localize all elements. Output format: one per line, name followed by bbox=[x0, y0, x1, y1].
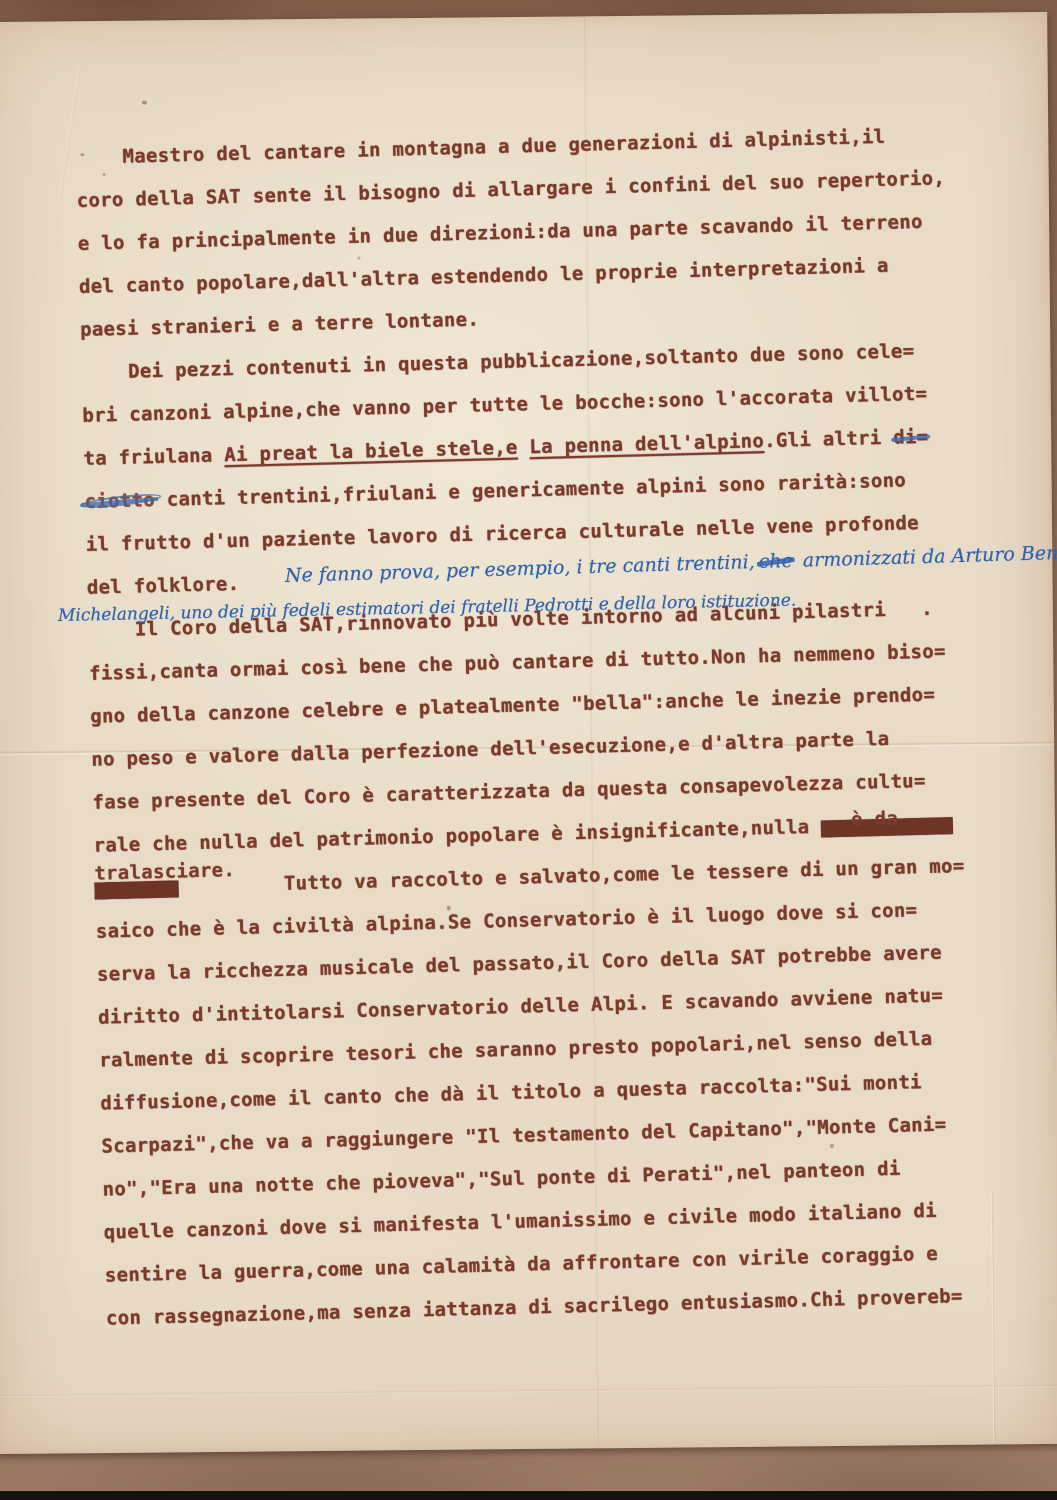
underlined-song-title: Ai preat la biele stele,e bbox=[224, 437, 518, 467]
typed-text: del folklore. bbox=[87, 573, 240, 599]
handwriting-struck-word: che bbox=[758, 550, 793, 573]
blue-struck-text: di= bbox=[893, 426, 929, 449]
typed-text: .Gli altri bbox=[764, 427, 894, 452]
paper-speck bbox=[142, 101, 147, 105]
typed-insertion-e-da: è da bbox=[851, 808, 899, 831]
underlined-song-title: La penna dell'alpino bbox=[529, 430, 764, 458]
scan-edge-strip bbox=[0, 1491, 1057, 1500]
typed-text: ta friulana bbox=[83, 444, 224, 470]
typed-insertion-tralasciare: tralasciare. bbox=[94, 859, 235, 885]
typed-text-layer: è da tralasciare. Maestro del cantare in… bbox=[75, 113, 1026, 1341]
scribbled-out-word: ciotto bbox=[84, 489, 155, 513]
scanned-document-photo: { "document": { "typed_lines": [ {"segme… bbox=[0, 0, 1057, 1500]
horizontal-fold-crease-lower bbox=[0, 1384, 1057, 1398]
typed-text bbox=[517, 436, 529, 458]
typed-text: paesi stranieri e a terre lontane. bbox=[80, 308, 480, 340]
